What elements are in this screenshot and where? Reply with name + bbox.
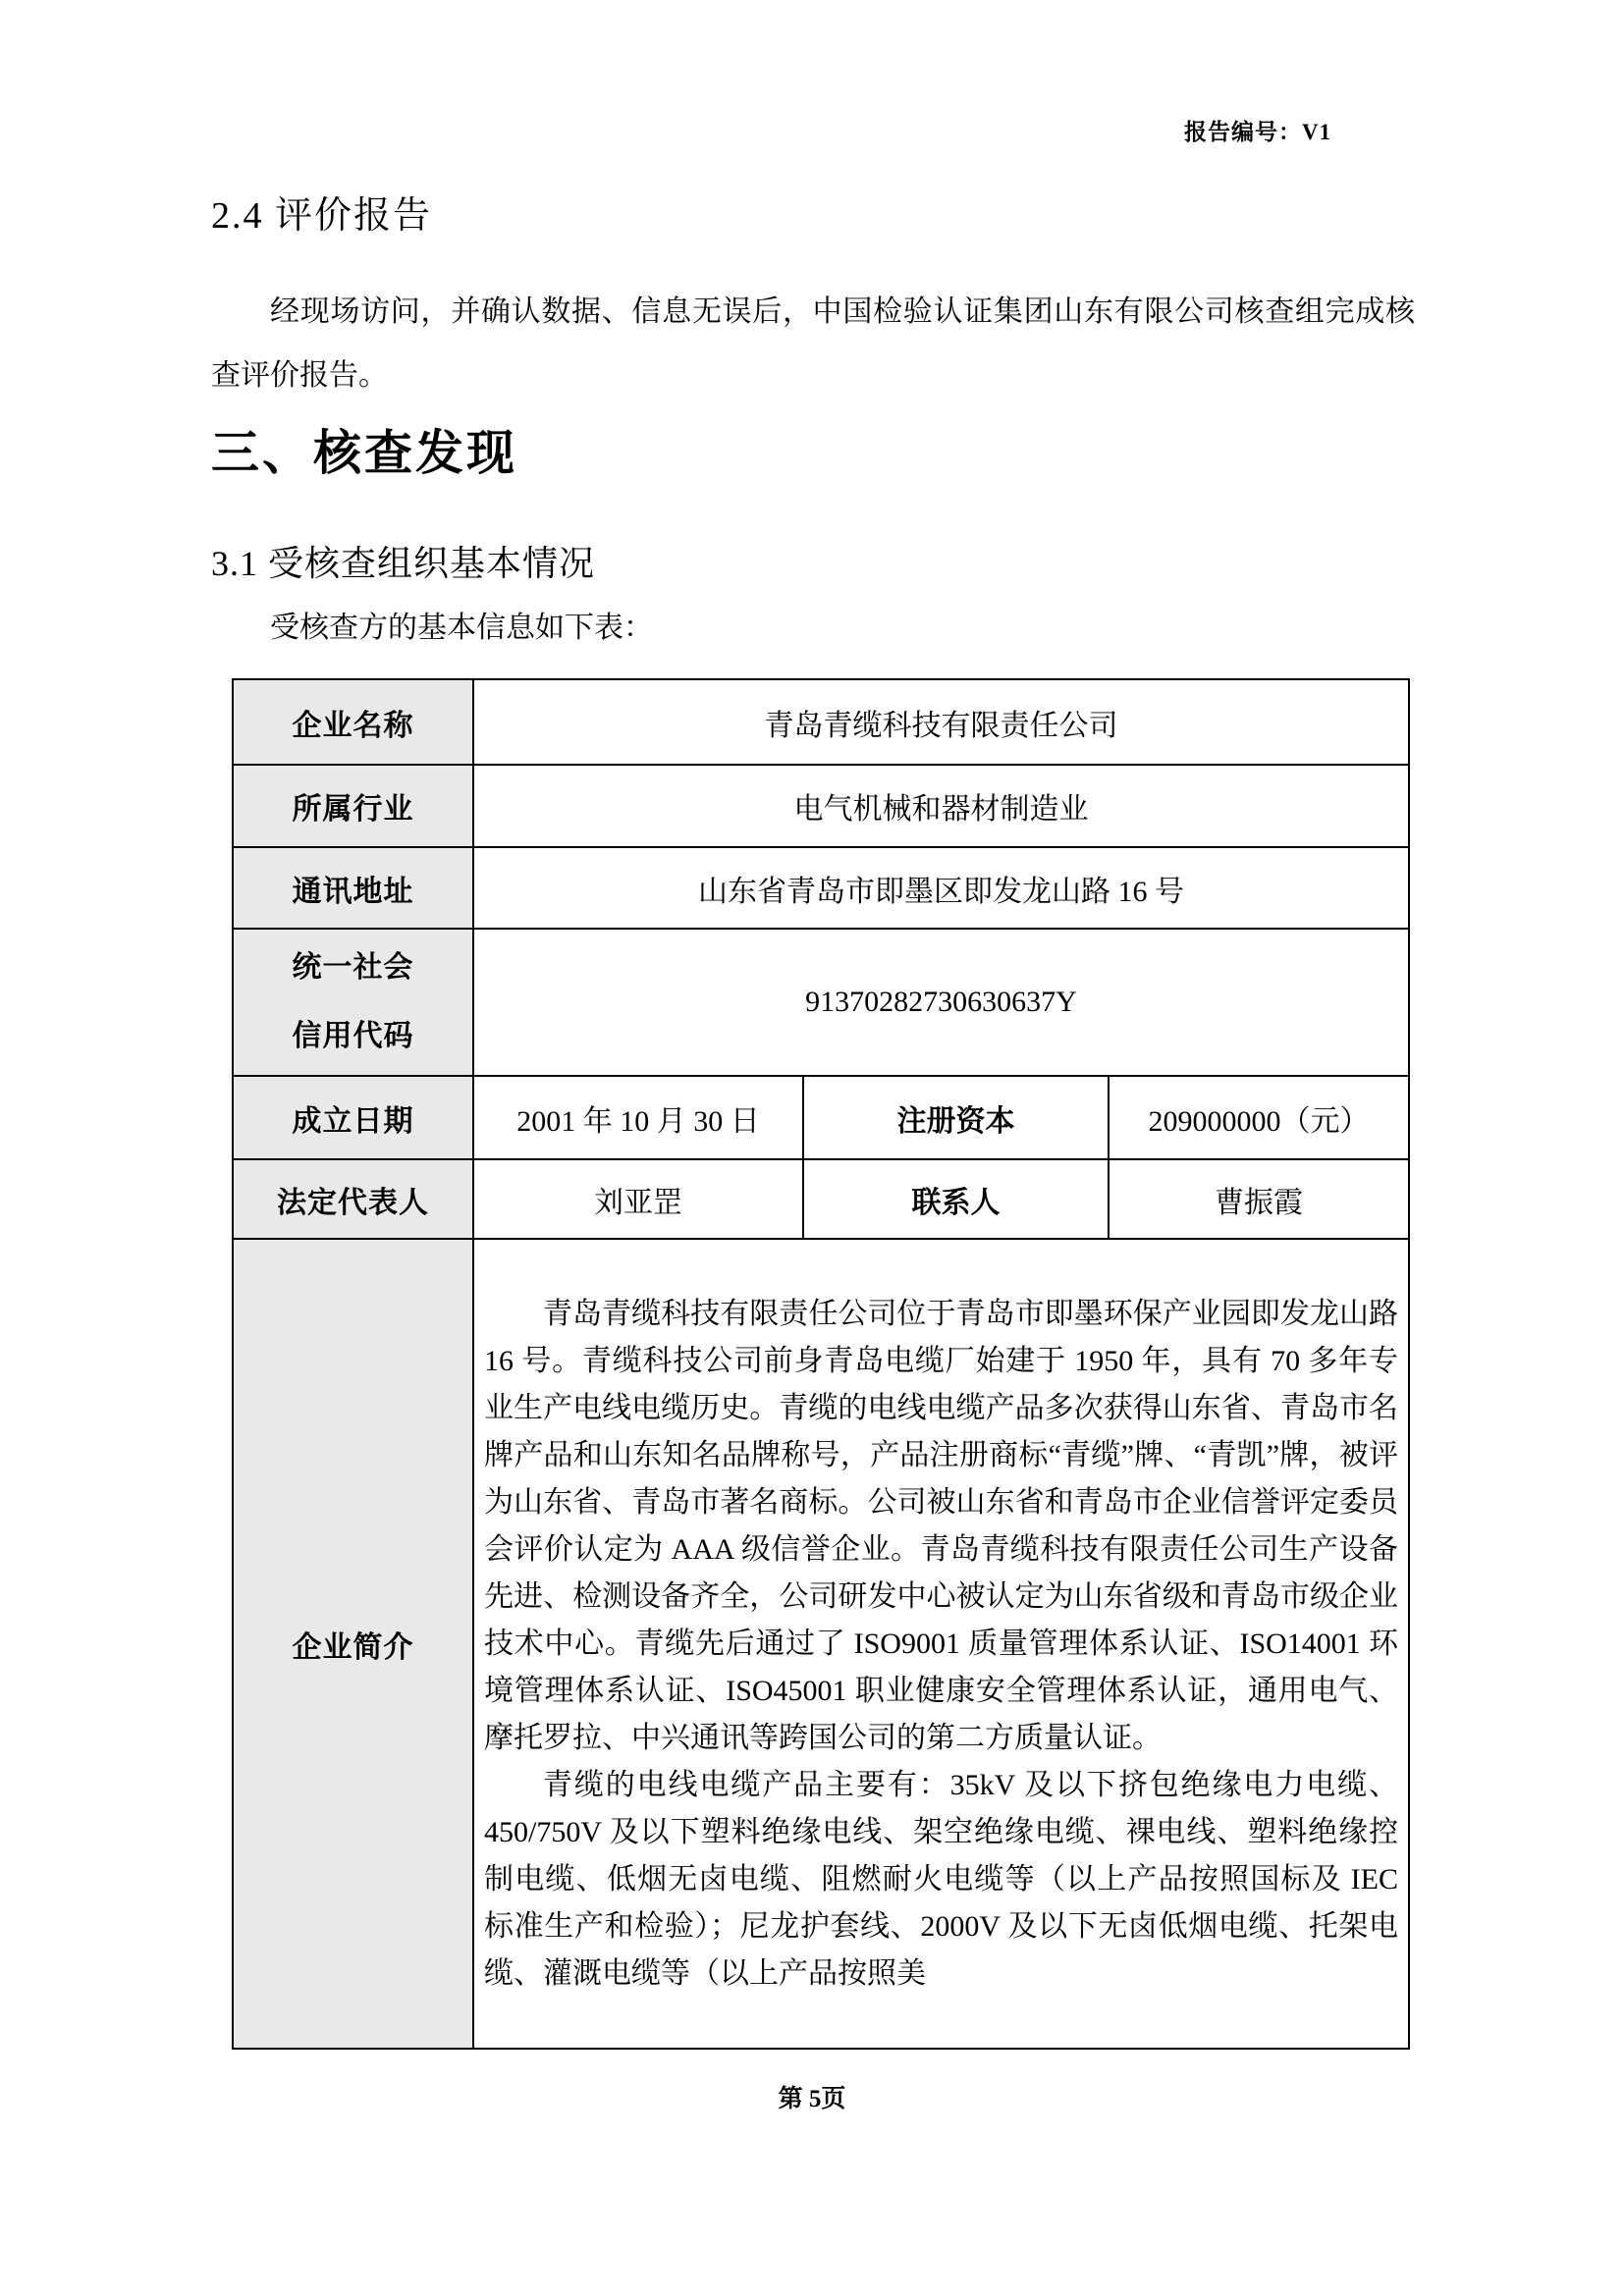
legal-rep-label: 法定代表人 [233, 1159, 473, 1239]
reg-capital-label: 注册资本 [803, 1076, 1109, 1159]
report-number-label: 报告编号：V1 [1184, 114, 1331, 146]
industry-label: 所属行业 [233, 765, 473, 847]
table-row-company-profile: 企业简介 青岛青缆科技有限责任公司位于青岛市即墨环保产业园即发龙山路 16 号。… [233, 1239, 1409, 2049]
section-3-1-title: 3.1 受核查组织基本情况 [211, 536, 595, 586]
company-name-value: 青岛青缆科技有限责任公司 [473, 679, 1409, 765]
table-row-legal-rep-contact: 法定代表人 刘亚罡 联系人 曹振霞 [233, 1159, 1409, 1239]
address-label: 通讯地址 [233, 847, 473, 929]
table-row-address: 通讯地址 山东省青岛市即墨区即发龙山路 16 号 [233, 847, 1409, 929]
page-number: 第 5页 [0, 2079, 1624, 2114]
table-row-uscc: 统一社会 信用代码 91370282730630637Y [233, 929, 1409, 1076]
table-intro-paragraph: 受核查方的基本信息如下表： [211, 603, 653, 646]
address-value: 山东省青岛市即墨区即发龙山路 16 号 [473, 847, 1409, 929]
industry-value: 电气机械和器材制造业 [473, 765, 1409, 847]
contact-value: 曹振霞 [1109, 1159, 1409, 1239]
table-row-founded-capital: 成立日期 2001 年 10 月 30 日 注册资本 209000000（元） [233, 1076, 1409, 1159]
company-name-label: 企业名称 [233, 679, 473, 765]
contact-label: 联系人 [803, 1159, 1109, 1239]
company-info-table: 企业名称 青岛青缆科技有限责任公司 所属行业 电气机械和器材制造业 通讯地址 山… [232, 678, 1410, 2050]
section-3-title: 三、核查发现 [211, 415, 517, 484]
company-profile-value: 青岛青缆科技有限责任公司位于青岛市即墨环保产业园即发龙山路 16 号。青缆科技公… [473, 1239, 1409, 2049]
section-2-4-title: 2.4 评价报告 [211, 185, 432, 239]
reg-capital-value: 209000000（元） [1109, 1076, 1409, 1159]
company-profile-paragraph-1: 青岛青缆科技有限责任公司位于青岛市即墨环保产业园即发龙山路 16 号。青缆科技公… [484, 1291, 1398, 1762]
company-profile-label: 企业简介 [233, 1239, 473, 2049]
legal-rep-value: 刘亚罡 [473, 1159, 803, 1239]
uscc-value: 91370282730630637Y [473, 929, 1409, 1076]
table-row-industry: 所属行业 电气机械和器材制造业 [233, 765, 1409, 847]
section-2-4-paragraph: 经现场访问，并确认数据、信息无误后，中国检验认证集团山东有限公司核查组完成核查评… [211, 280, 1415, 407]
uscc-label: 统一社会 信用代码 [233, 929, 473, 1076]
document-page: 报告编号：V1 2.4 评价报告 经现场访问，并确认数据、信息无误后，中国检验认… [0, 0, 1624, 2296]
founded-value: 2001 年 10 月 30 日 [473, 1076, 803, 1159]
table-row-company-name: 企业名称 青岛青缆科技有限责任公司 [233, 679, 1409, 765]
founded-label: 成立日期 [233, 1076, 473, 1159]
company-profile-paragraph-2: 青缆的电线电缆产品主要有：35kV 及以下挤包绝缘电力电缆、450/750V 及… [484, 1762, 1398, 1998]
